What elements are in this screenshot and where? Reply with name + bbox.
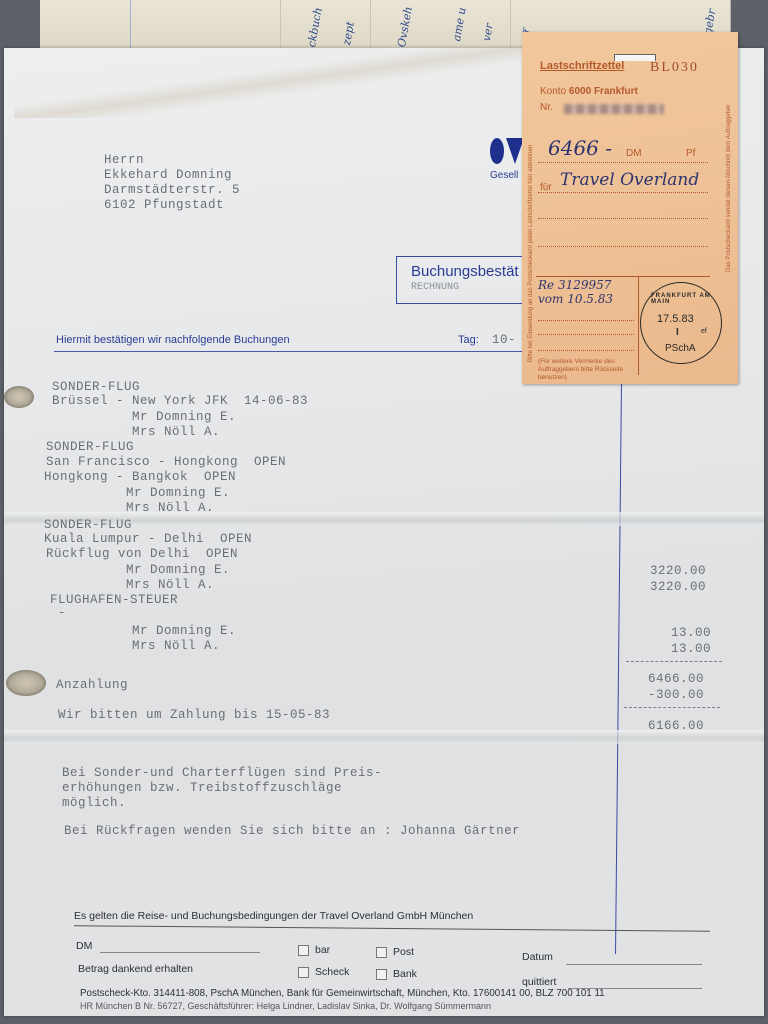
slip-line [538, 246, 708, 247]
slip-title: Lastschriftzettel [540, 60, 624, 72]
line-item: Mr Domning E. [52, 624, 236, 638]
amount-column-divider [615, 384, 622, 954]
date-field[interactable] [566, 964, 702, 965]
document-type-subtitle: RECHNUNG [411, 282, 459, 293]
intro-text: Hiermit bestätigen wir nachfolgende Buch… [56, 334, 290, 346]
deposit-label: Anzahlung [56, 678, 128, 692]
line-item: SONDER-FLUG [46, 440, 134, 454]
slip-section-divider [536, 276, 710, 277]
option-bank[interactable]: Bank [376, 968, 417, 980]
slip-dm-label: DM [626, 148, 642, 159]
slip-line [538, 162, 708, 163]
recipient-salutation: Herrn [104, 153, 240, 168]
price-notice-line: Bei Sonder-und Charterflügen sind Preis- [62, 766, 382, 781]
postmark-location: FRANKFURT AM MAIN [651, 293, 721, 305]
postmark-date: 17.5.83 [657, 313, 694, 325]
option-bar[interactable]: bar [298, 944, 330, 956]
line-item: Rückflug von Delhi OPEN [46, 547, 238, 561]
slip-side-text-left: Bitte bei Einsendung an das Postscheckam… [528, 145, 534, 362]
line-amount: 13.00 [671, 642, 711, 656]
contact-line: Bei Rückfragen wenden Sie sich bitte an … [64, 824, 520, 838]
line-item: - [50, 606, 66, 620]
terms-text: Es gelten die Reise- und Buchungsbedingu… [74, 910, 473, 922]
slip-account-label: Konto [540, 86, 566, 97]
price-notice-line: möglich. [62, 796, 382, 811]
slip-vertical-divider [638, 277, 639, 375]
slip-payee: Travel Overland [560, 170, 699, 190]
paper-stain [14, 48, 534, 118]
subtotal-rule [626, 661, 722, 662]
line-item: Brüssel - New York JFK 14-06-83 [52, 394, 308, 408]
slip-account: Konto 6000 Frankfurt [540, 86, 638, 97]
handwritten-note: Ovskeh [395, 5, 415, 48]
slip-line [538, 320, 634, 321]
option-bar-label: bar [315, 944, 330, 956]
postmark-office: PSchA [665, 343, 696, 354]
register-details: HR München B Nr. 56727, Geschäftsführer:… [80, 1001, 491, 1011]
slip-line [538, 192, 708, 193]
company-name: Gesell [490, 170, 518, 181]
slip-reference-date: vom 10.5.83 [538, 292, 613, 306]
line-item: Kuala Lumpur - Delhi OPEN [44, 532, 252, 546]
price-notice-line: erhöhungen bzw. Treibstoffzuschläge [62, 781, 382, 796]
slip-line [538, 334, 634, 335]
header-divider [54, 351, 524, 352]
slip-code: BL030 [650, 60, 699, 76]
checkbox-bar[interactable] [298, 945, 309, 956]
recipient-address: HerrnEkkehard DomningDarmstädterstr. 561… [104, 153, 240, 213]
received-label: Betrag dankend erhalten [78, 963, 193, 975]
handwritten-note: ver [480, 22, 496, 42]
debit-slip: Lastschriftzettel BL030 Konto 6000 Frank… [522, 32, 738, 384]
line-item: Mrs Nöll A. [46, 578, 214, 592]
dm-field[interactable] [100, 952, 260, 953]
line-item: Mrs Nöll A. [52, 425, 220, 439]
document-type-box: Buchungsbestät RECHNUNG [396, 256, 538, 304]
line-item: SONDER-FLUG [52, 380, 140, 394]
subtotal-amount: 6466.00 [648, 672, 704, 686]
line-item: Mrs Nöll A. [52, 639, 220, 653]
checkbox-bank[interactable] [376, 969, 387, 980]
postmark-roman: I [676, 327, 679, 338]
slip-pf-label: Pf [686, 148, 695, 159]
recipient-street: Darmstädterstr. 5 [104, 183, 240, 198]
postmark-stamp: FRANKFURT AM MAIN 17.5.83 I ef PSchA [640, 282, 722, 364]
recipient-name: Ekkehard Domning [104, 168, 240, 183]
redacted-account-number [564, 104, 664, 114]
travel-overland-logo-icon [490, 138, 524, 166]
price-notice: Bei Sonder-und Charterflügen sind Preis-… [62, 766, 382, 811]
date-label: Tag: [458, 334, 479, 346]
slip-amount: 6466 - [548, 136, 612, 160]
dm-label: DM [76, 940, 92, 952]
line-item: SONDER-FLUG [44, 518, 132, 532]
postmark-suffix: ef [701, 328, 707, 335]
total-rule [624, 707, 720, 708]
bank-details: Postscheck-Kto. 314411-808, PschA Münche… [80, 988, 605, 999]
slip-note: (Für weitere Vermerke des Auftraggebers … [538, 358, 634, 382]
checkbox-scheck[interactable] [298, 967, 309, 978]
option-post[interactable]: Post [376, 946, 414, 958]
payment-request: Wir bitten um Zahlung bis 15-05-83 [58, 708, 330, 722]
line-item: San Francisco - Hongkong OPEN [46, 455, 286, 469]
line-amount: 13.00 [671, 626, 711, 640]
document-type-title: Buchungsbestät [411, 263, 519, 280]
handwritten-note: zept [340, 21, 357, 47]
recipient-city: 6102 Pfungstadt [104, 198, 240, 213]
option-scheck-label: Scheck [315, 966, 349, 978]
punch-hole [4, 386, 34, 408]
slip-reference: Re 3129957 [538, 278, 611, 292]
date-value: 10- [492, 333, 516, 347]
option-scheck[interactable]: Scheck [298, 966, 349, 978]
line-item: Mr Domning E. [46, 486, 230, 500]
option-post-label: Post [393, 946, 414, 958]
date-field-label: Datum [522, 951, 553, 963]
line-item: Mr Domning E. [46, 563, 230, 577]
deposit-amount: -300.00 [648, 688, 704, 702]
slip-side-text-right: Das Postscheckamt sendet diesen Abschnit… [726, 105, 732, 272]
line-amount: 3220.00 [650, 564, 706, 578]
handwritten-note: ame u [450, 6, 469, 42]
slip-line [538, 218, 708, 219]
line-item: FLUGHAFEN-STEUER [50, 593, 178, 607]
torn-hole [6, 670, 46, 696]
handwritten-note: ckbuch [305, 6, 325, 48]
line-amount: 3220.00 [650, 580, 706, 594]
checkbox-post[interactable] [376, 947, 387, 958]
slip-number-label: Nr. [540, 102, 553, 113]
slip-line [538, 350, 634, 351]
line-item: Mr Domning E. [52, 410, 236, 424]
paper-fold [4, 730, 764, 744]
signed-label: quittiert [522, 976, 556, 988]
option-bank-label: Bank [393, 968, 417, 980]
slip-account-value: 6000 Frankfurt [569, 86, 638, 97]
line-item: Hongkong - Bangkok OPEN [44, 470, 236, 484]
